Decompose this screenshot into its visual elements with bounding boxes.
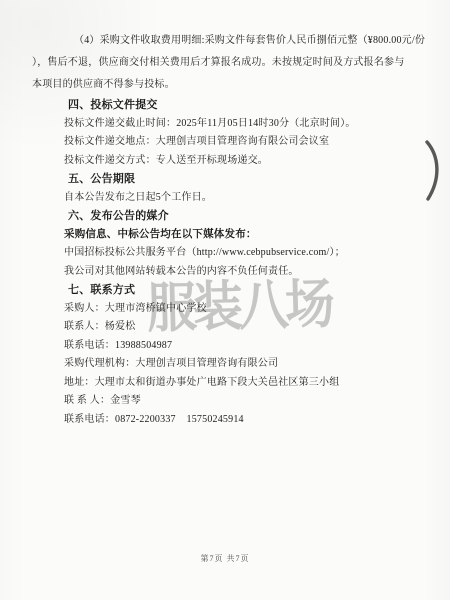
document-line: 投标文件递交地点：大理创吉项目管理咨询有限公司会议室 [32,133,422,152]
page-number: 第7页 共7页 [0,553,450,564]
document-line: 联 系 人：金雪琴 [32,392,422,411]
document-line: 联系电话：13988504987 [32,337,422,356]
document-page: 服装八场 （4）采购文件收取费用明细:采购文件每套售价人民币捌佰元整（¥800.… [0,0,450,600]
document-line: 地址：大理市太和街道办事处广电路下段大关邑社区第三小组 [32,374,422,393]
document-line: 投标文件递交方式：专人送至开标现场递交。 [32,152,422,171]
document-line: 自本公告发布之日起5个工作日。 [32,189,422,208]
document-line: 我公司对其他网站转载本公告的内容不负任何责任。 [32,263,422,282]
scan-artifact-mark [424,140,446,202]
document-body: （4）采购文件收取费用明细:采购文件每套售价人民币捌佰元整（¥800.00元/份… [32,30,422,429]
document-line: 中国招标投标公共服务平台（http://www.cebpubservice.co… [32,244,422,263]
document-line: 投标文件递交截止时间：2025年11月05日14时30分（北京时间）。 [32,115,422,134]
document-line: 七、联系方式 [32,281,422,300]
document-line: （4）采购文件收取费用明细:采购文件每套售价人民币捌佰元整（¥800.00元/份 [32,30,422,52]
document-line: 联系人：杨爱松 [32,318,422,337]
document-line: ），售后不退，供应商交付相关费用后才算报名成功。未按规定时间及方式报名参与 [32,52,422,74]
document-line: 采购信息、中标公告均在以下媒体发布： [32,226,422,245]
document-line: 联系电话：0872-2200337 15750245914 [32,411,422,430]
document-line: 采购人：大理市湾桥镇中心学校 [32,300,422,319]
document-line: 本项目的供应商不得参与投标。 [32,74,422,96]
document-line: 六、发布公告的媒介 [32,207,422,226]
document-line: 四、投标文件提交 [32,96,422,115]
document-line: 五、公告期限 [32,170,422,189]
document-line: 采购代理机构：大理创吉项目管理咨询有限公司 [32,355,422,374]
